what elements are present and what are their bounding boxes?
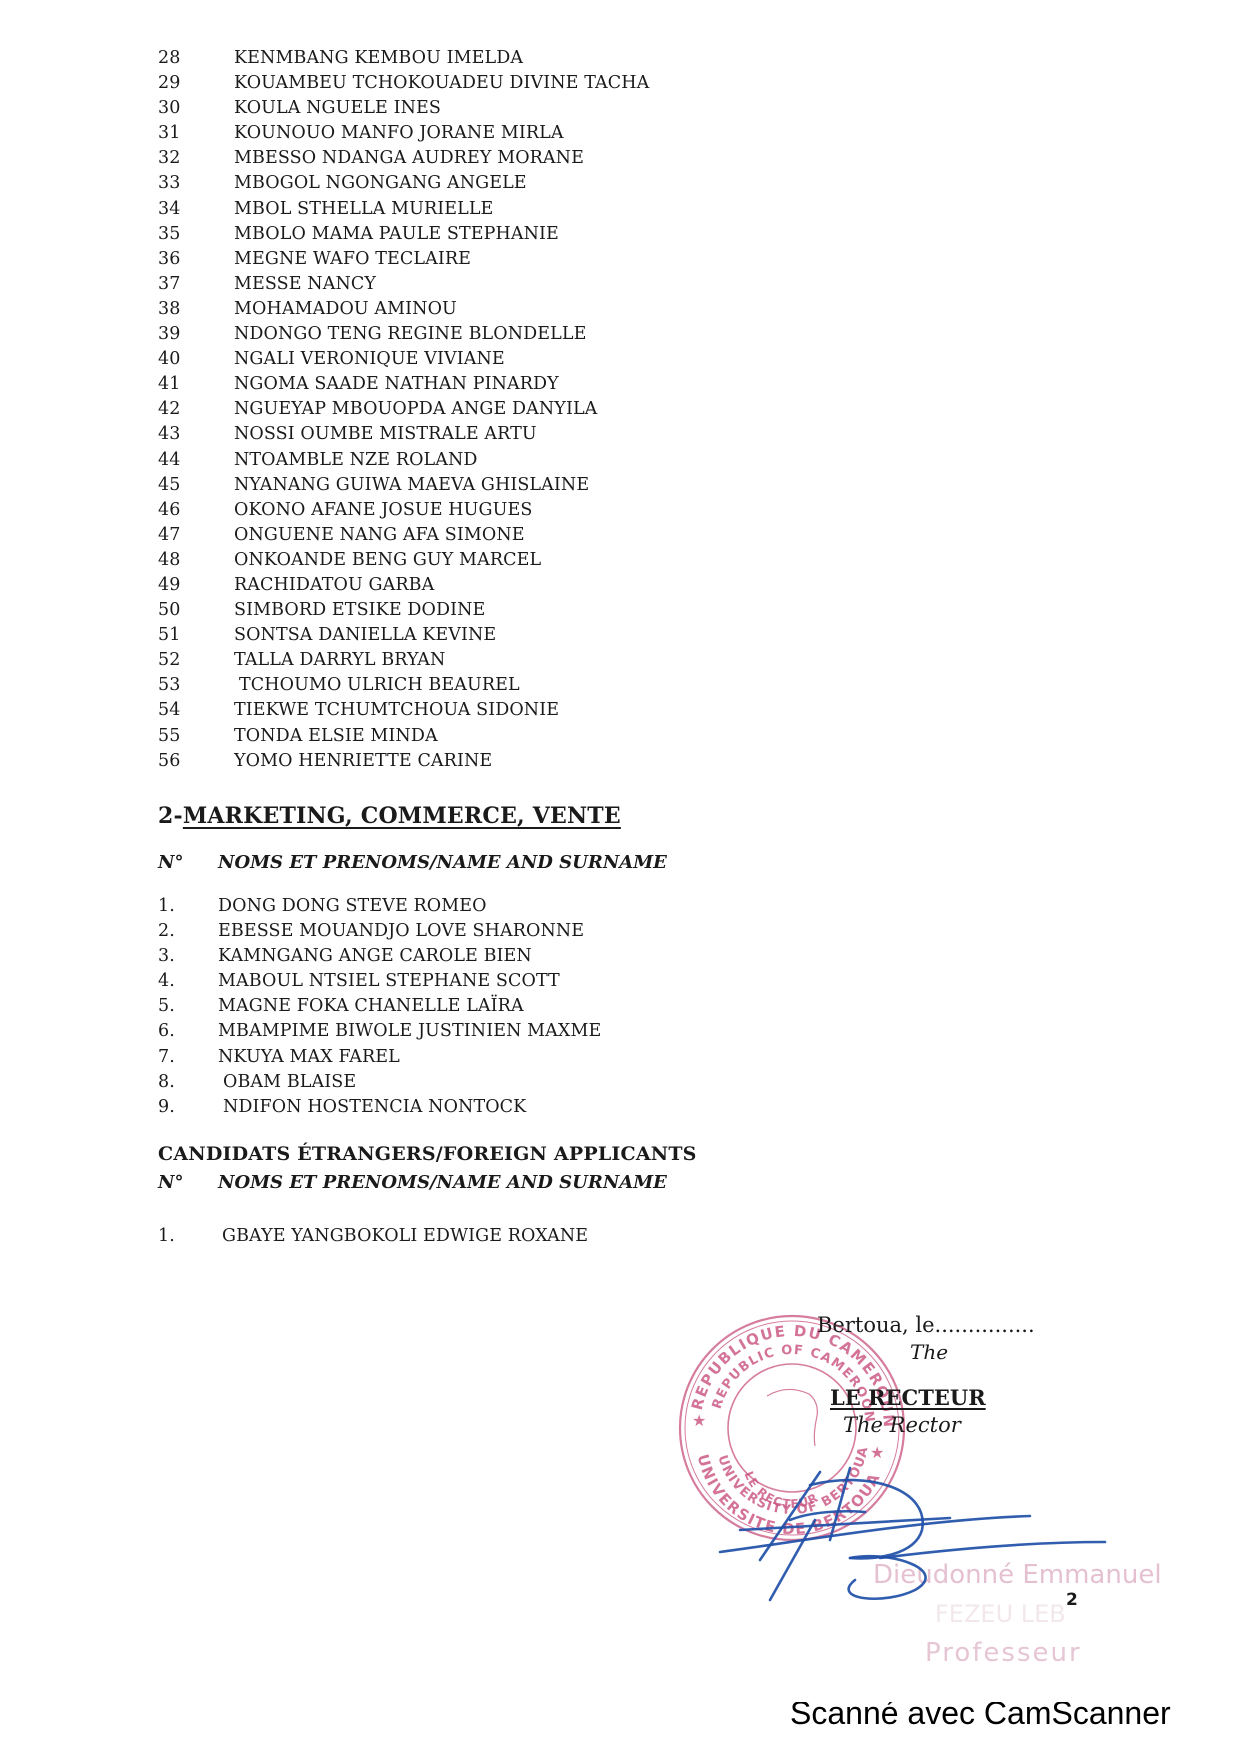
section-name: MARKETING, COMMERCE, VENTE xyxy=(183,803,621,829)
signer-rank-stamp: Professeur xyxy=(925,1638,1082,1668)
list-item: 29KOUAMBEU TCHOKOUADEU DIVINE TACHA xyxy=(158,73,649,98)
candidate-list-marketing: 1.DONG DONG STEVE ROMEO2.EBESSE MOUANDJO… xyxy=(158,896,601,1122)
list-item-name: MBOLO MAMA PAULE STEPHANIE xyxy=(234,224,559,244)
list-item-number: 33 xyxy=(158,173,234,193)
list-item-name: NOSSI OUMBE MISTRALE ARTU xyxy=(234,424,537,444)
list-item-number: 35 xyxy=(158,224,234,244)
the-label: The xyxy=(910,1340,948,1364)
rector-title-en: The Rector xyxy=(843,1413,961,1437)
list-item: 56YOMO HENRIETTE CARINE xyxy=(158,751,649,776)
svg-text:★: ★ xyxy=(692,1411,706,1430)
list-item: 45NYANANG GUIWA MAEVA GHISLAINE xyxy=(158,475,649,500)
list-item: 36MEGNE WAFO TECLAIRE xyxy=(158,249,649,274)
list-item-name: SONTSA DANIELLA KEVINE xyxy=(234,625,496,645)
list-item-name: KOUAMBEU TCHOKOUADEU DIVINE TACHA xyxy=(234,73,649,93)
list-item-name: MBESSO NDANGA AUDREY MORANE xyxy=(234,148,584,168)
list-item: 54TIEKWE TCHUMTCHOUA SIDONIE xyxy=(158,700,649,725)
list-item-number: 42 xyxy=(158,399,234,419)
list-item: 52TALLA DARRYL BRYAN xyxy=(158,650,649,675)
list-item: 41NGOMA SAADE NATHAN PINARDY xyxy=(158,374,649,399)
section-title-marketing: 2-MARKETING, COMMERCE, VENTE xyxy=(158,803,621,829)
rector-title-fr: LE RECTEUR xyxy=(830,1385,986,1410)
list-item: 42NGUEYAP MBOUOPDA ANGE DANYILA xyxy=(158,399,649,424)
list-item: 39NDONGO TENG REGINE BLONDELLE xyxy=(158,324,649,349)
list-item-number: 43 xyxy=(158,424,234,444)
list-item-number: 53 xyxy=(158,675,234,695)
list-item: 6.MBAMPIME BIWOLE JUSTINIEN MAXME xyxy=(158,1021,601,1046)
list-item-number: 48 xyxy=(158,550,234,570)
list-item-name: MOHAMADOU AMINOU xyxy=(234,299,457,319)
list-item: 1.DONG DONG STEVE ROMEO xyxy=(158,896,601,921)
list-item-name: TONDA ELSIE MINDA xyxy=(234,726,438,746)
list-item-number: 49 xyxy=(158,575,234,595)
list-item: 48ONKOANDE BENG GUY MARCEL xyxy=(158,550,649,575)
list-item-number: 37 xyxy=(158,274,234,294)
list-item-name: OKONO AFANE JOSUE HUGUES xyxy=(234,500,532,520)
list-item-name: MABOUL NTSIEL STEPHANE SCOTT xyxy=(218,971,560,991)
list-item-number: 34 xyxy=(158,199,234,219)
list-item: 38MOHAMADOU AMINOU xyxy=(158,299,649,324)
column-header-foreign: N° NOMS ET PRENOMS/NAME AND SURNAME xyxy=(158,1172,667,1193)
list-item-name: NGUEYAP MBOUOPDA ANGE DANYILA xyxy=(234,399,597,419)
list-item-name: NDIFON HOSTENCIA NONTOCK xyxy=(218,1097,526,1117)
list-item: 8.OBAM BLAISE xyxy=(158,1072,601,1097)
list-item-number: 5. xyxy=(158,996,218,1016)
list-item-name: OBAM BLAISE xyxy=(218,1072,356,1092)
list-item-number: 4. xyxy=(158,971,218,991)
list-item-number: 32 xyxy=(158,148,234,168)
list-item-number: 1. xyxy=(158,896,218,916)
list-item-number: 38 xyxy=(158,299,234,319)
column-header-name: NOMS ET PRENOMS/NAME AND SURNAME xyxy=(218,852,667,873)
list-item: 3.KAMNGANG ANGE CAROLE BIEN xyxy=(158,946,601,971)
list-item-number: 30 xyxy=(158,98,234,118)
list-item-name: GBAYE YANGBOKOLI EDWIGE ROXANE xyxy=(222,1226,588,1246)
list-item-number: 54 xyxy=(158,700,234,720)
list-item-name: ONKOANDE BENG GUY MARCEL xyxy=(234,550,541,570)
page-number: 2 xyxy=(1066,1590,1078,1610)
list-item-number: 9. xyxy=(158,1097,218,1117)
column-header: N° NOMS ET PRENOMS/NAME AND SURNAME xyxy=(158,852,667,873)
list-item-name: NKUYA MAX FAREL xyxy=(218,1047,400,1067)
list-item-name: MBOL STHELLA MURIELLE xyxy=(234,199,493,219)
list-item-number: 56 xyxy=(158,751,234,771)
candidate-list-foreign: 1.GBAYE YANGBOKOLI EDWIGE ROXANE xyxy=(158,1226,588,1251)
list-item-number: 3. xyxy=(158,946,218,966)
list-item-number: 6. xyxy=(158,1021,218,1041)
list-item-number: 36 xyxy=(158,249,234,269)
list-item: 50SIMBORD ETSIKE DODINE xyxy=(158,600,649,625)
list-item-name: EBESSE MOUANDJO LOVE SHARONNE xyxy=(218,921,584,941)
list-item-name: RACHIDATOU GARBA xyxy=(234,575,434,595)
list-item-name: SIMBORD ETSIKE DODINE xyxy=(234,600,485,620)
list-item-number: 52 xyxy=(158,650,234,670)
list-item-number: 1. xyxy=(158,1226,222,1246)
list-item-number: 28 xyxy=(158,48,234,68)
candidate-list-continued: 28KENMBANG KEMBOU IMELDA29KOUAMBEU TCHOK… xyxy=(158,48,649,776)
list-item-name: NYANANG GUIWA MAEVA GHISLAINE xyxy=(234,475,589,495)
list-item-name: MBOGOL NGONGANG ANGELE xyxy=(234,173,527,193)
list-item: 44NTOAMBLE NZE ROLAND xyxy=(158,450,649,475)
signature-icon xyxy=(700,1460,1120,1610)
document-page: 28KENMBANG KEMBOU IMELDA29KOUAMBEU TCHOK… xyxy=(0,0,1240,1755)
list-item-number: 40 xyxy=(158,349,234,369)
list-item: 34MBOL STHELLA MURIELLE xyxy=(158,199,649,224)
list-item: 31KOUNOUO MANFO JORANE MIRLA xyxy=(158,123,649,148)
list-item: 40NGALI VERONIQUE VIVIANE xyxy=(158,349,649,374)
list-item-name: NTOAMBLE NZE ROLAND xyxy=(234,450,478,470)
list-item: 5.MAGNE FOKA CHANELLE LAÏRA xyxy=(158,996,601,1021)
list-item-number: 41 xyxy=(158,374,234,394)
list-item: 49RACHIDATOU GARBA xyxy=(158,575,649,600)
list-item-name: TIEKWE TCHUMTCHOUA SIDONIE xyxy=(234,700,559,720)
list-item: 37MESSE NANCY xyxy=(158,274,649,299)
list-item: 32MBESSO NDANGA AUDREY MORANE xyxy=(158,148,649,173)
list-item-number: 46 xyxy=(158,500,234,520)
section-title-foreign-applicants: CANDIDATS ÉTRANGERS/FOREIGN APPLICANTS xyxy=(158,1143,697,1165)
list-item-number: 8. xyxy=(158,1072,218,1092)
place-date-line: Bertoua, le............... xyxy=(817,1313,1035,1337)
list-item-number: 51 xyxy=(158,625,234,645)
list-item-name: KOULA NGUELE INES xyxy=(234,98,441,118)
list-item-number: 55 xyxy=(158,726,234,746)
list-item-name: ONGUENE NANG AFA SIMONE xyxy=(234,525,525,545)
camscanner-watermark: Scanné avec CamScanner xyxy=(790,1702,1171,1732)
list-item-name: MEGNE WAFO TECLAIRE xyxy=(234,249,471,269)
section-number: 2- xyxy=(158,803,183,829)
list-item: 46OKONO AFANE JOSUE HUGUES xyxy=(158,500,649,525)
list-item-name: TCHOUMO ULRICH BEAUREL xyxy=(234,675,520,695)
list-item-number: 2. xyxy=(158,921,218,941)
list-item: 35MBOLO MAMA PAULE STEPHANIE xyxy=(158,224,649,249)
list-item: 43NOSSI OUMBE MISTRALE ARTU xyxy=(158,424,649,449)
list-item: 53TCHOUMO ULRICH BEAUREL xyxy=(158,675,649,700)
list-item-number: 31 xyxy=(158,123,234,143)
list-item-name: YOMO HENRIETTE CARINE xyxy=(234,751,492,771)
list-item-number: 44 xyxy=(158,450,234,470)
list-item-name: TALLA DARRYL BRYAN xyxy=(234,650,445,670)
list-item: 9.NDIFON HOSTENCIA NONTOCK xyxy=(158,1097,601,1122)
watermark-text: Scanné avec CamScanner xyxy=(790,1702,1171,1731)
list-item-name: NGALI VERONIQUE VIVIANE xyxy=(234,349,505,369)
list-item: 7.NKUYA MAX FAREL xyxy=(158,1047,601,1072)
list-item-number: 45 xyxy=(158,475,234,495)
list-item: 55TONDA ELSIE MINDA xyxy=(158,726,649,751)
list-item: 2.EBESSE MOUANDJO LOVE SHARONNE xyxy=(158,921,601,946)
list-item-name: NGOMA SAADE NATHAN PINARDY xyxy=(234,374,559,394)
column-header-number: N° xyxy=(158,852,218,873)
list-item-name: MESSE NANCY xyxy=(234,274,376,294)
list-item-number: 7. xyxy=(158,1047,218,1067)
column-header-name: NOMS ET PRENOMS/NAME AND SURNAME xyxy=(218,1172,667,1193)
list-item-name: KOUNOUO MANFO JORANE MIRLA xyxy=(234,123,564,143)
list-item-number: 29 xyxy=(158,73,234,93)
list-item: 47ONGUENE NANG AFA SIMONE xyxy=(158,525,649,550)
list-item-number: 47 xyxy=(158,525,234,545)
list-item-name: MBAMPIME BIWOLE JUSTINIEN MAXME xyxy=(218,1021,601,1041)
list-item-name: MAGNE FOKA CHANELLE LAÏRA xyxy=(218,996,524,1016)
column-header-number: N° xyxy=(158,1172,218,1193)
list-item-name: NDONGO TENG REGINE BLONDELLE xyxy=(234,324,586,344)
list-item: 30KOULA NGUELE INES xyxy=(158,98,649,123)
list-item: 33MBOGOL NGONGANG ANGELE xyxy=(158,173,649,198)
list-item: 4.MABOUL NTSIEL STEPHANE SCOTT xyxy=(158,971,601,996)
list-item-name: KENMBANG KEMBOU IMELDA xyxy=(234,48,523,68)
list-item: 28KENMBANG KEMBOU IMELDA xyxy=(158,48,649,73)
list-item-number: 50 xyxy=(158,600,234,620)
list-item-name: DONG DONG STEVE ROMEO xyxy=(218,896,487,916)
list-item: 51SONTSA DANIELLA KEVINE xyxy=(158,625,649,650)
list-item: 1.GBAYE YANGBOKOLI EDWIGE ROXANE xyxy=(158,1226,588,1251)
list-item-number: 39 xyxy=(158,324,234,344)
list-item-name: KAMNGANG ANGE CAROLE BIEN xyxy=(218,946,532,966)
